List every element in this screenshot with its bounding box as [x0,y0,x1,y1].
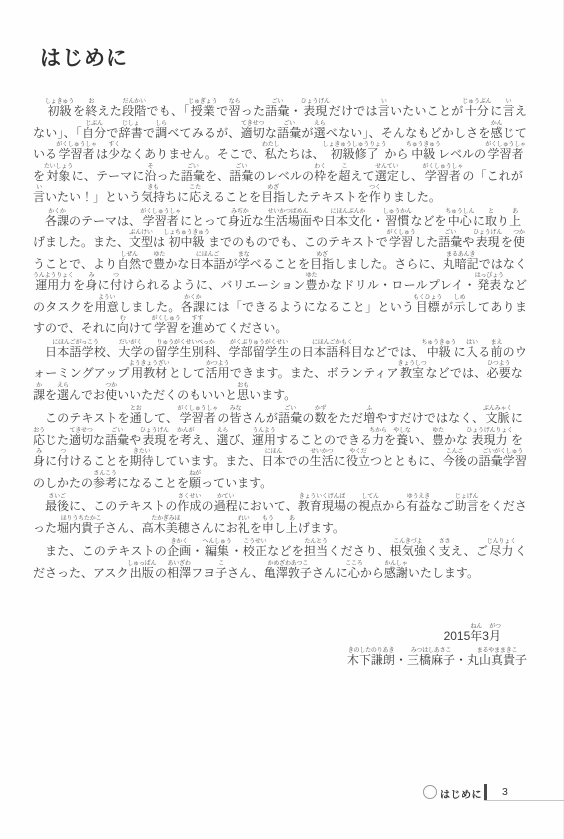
paragraph: 各課かくかのテーマは、学習者がくしゅうしゃにとって身近みぢかな生活場面せいかつば… [33,209,527,340]
publication-date: 2015年ねん3月がつ [33,624,527,647]
paragraph: 最後さいごに、このテキストの作成さくせいの過程かていにおいて、教育現場きょういく… [33,494,527,539]
colophon-block: 2015年ねん3月がつ 木下謙朗きのしたのりあき・三橋麻子みつはしあさこ・丸山真… [33,624,527,671]
paragraph: また、このテキストの企画きかく・編集へんしゅう・校正こうせいなどを担当たんとうく… [33,539,527,584]
footer-divider [484,784,487,800]
section-marker-circle-icon [423,785,437,799]
page-title: はじめに [40,42,527,72]
page-number: 3 [502,786,508,798]
preface-body: 初級しょきゅうを終おえた段階だんかいでも、「授業じゅぎょうで習ならった語彙ごい・… [33,99,527,584]
page-content: はじめに 初級しょきゅうを終おえた段階だんかいでも、「授業じゅぎょうで習ならった… [33,42,527,671]
paragraph: このテキストを通とおして、学習者がくしゅうしゃの皆みなさんが語彙ごいの数かずをた… [33,406,527,494]
paragraph: 日本語学校にほんごがっこう、大学だいがくの留学生別科りゅうがくせいべっか、学部留… [33,340,527,407]
document-page: はじめに 初級しょきゅうを終おえた段階だんかいでも、「授業じゅぎょうで習ならった… [0,0,564,839]
footer-section-label: はじめに [440,786,482,801]
paragraph: 初級しょきゅうを終おえた段階だんかいでも、「授業じゅぎょうで習ならった語彙ごい・… [33,99,527,209]
footer-rule [484,800,564,801]
page-footer: はじめに 3 [0,783,564,803]
authors: 木下謙朗きのしたのりあき・三橋麻子みつはしあさこ・丸山真貴子まるやままきこ [33,648,527,671]
